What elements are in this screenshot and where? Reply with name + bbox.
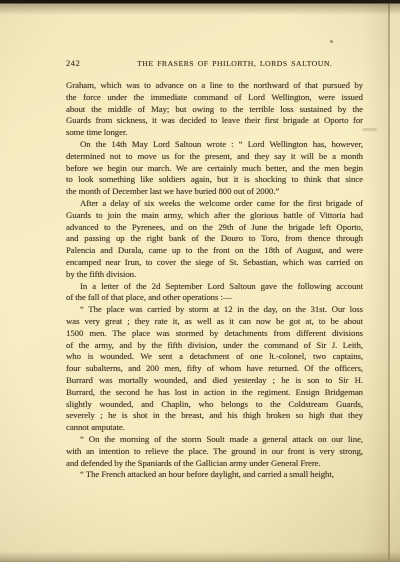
text-line: Guards from sickness, it was decided to … bbox=[66, 115, 363, 127]
paragraph: “ On the morning of the storm Soult made… bbox=[66, 434, 363, 469]
text-line: After a delay of six weeks the welcome o… bbox=[66, 198, 363, 210]
text-line: encamped near Irun, to cover the siege o… bbox=[66, 257, 363, 269]
text-line: On the 14th May Lord Saltoun wrote : “ L… bbox=[66, 139, 363, 151]
page-edge-line bbox=[388, 0, 390, 562]
text-line: before we begin our march. We are certai… bbox=[66, 163, 363, 175]
text-line: some time longer. bbox=[66, 127, 363, 139]
page-body: Graham, which was to advance on a line t… bbox=[66, 80, 363, 481]
scan-top-edge bbox=[0, 0, 400, 15]
page-number: 242 bbox=[66, 59, 80, 68]
paragraph: On the 14th May Lord Saltoun wrote : “ L… bbox=[66, 139, 363, 198]
book-page: 242 THE FRASERS OF PHILORTH, LORDS SALTO… bbox=[0, 0, 400, 562]
text-line: about the middle of May; but owing to th… bbox=[66, 104, 363, 116]
text-line: Burrard, the second he has lost in actio… bbox=[66, 387, 363, 399]
running-title: THE FRASERS OF PHILORTH, LORDS SALTOUN. bbox=[80, 59, 363, 68]
text-line: of the fall of that place, and other ope… bbox=[66, 292, 363, 304]
text-line: determined not to move us for the presen… bbox=[66, 151, 363, 163]
text-line: “ The French attacked an hour before day… bbox=[66, 469, 363, 481]
scan-bottom-edge bbox=[0, 551, 400, 562]
text-line: 1500 men. The place was stormed by detac… bbox=[66, 328, 363, 340]
paragraph: After a delay of six weeks the welcome o… bbox=[66, 198, 363, 281]
scan-speck bbox=[330, 40, 333, 43]
text-line: severely ; he is shot in the breast, and… bbox=[66, 410, 363, 422]
text-line: who is wounded. We sent a detachment of … bbox=[66, 351, 363, 363]
paragraph: “ The French attacked an hour before day… bbox=[66, 469, 363, 481]
text-line: Guards to join the main army, which afte… bbox=[66, 210, 363, 222]
text-line: and defended by the Spaniards of the Gal… bbox=[66, 458, 363, 470]
text-line: four subalterns, and 200 men, fifty of w… bbox=[66, 363, 363, 375]
text-line: to look something like soldiers again, b… bbox=[66, 174, 363, 186]
text-line: cannot amputate. bbox=[66, 422, 363, 434]
text-line: with an intention to relieve the place. … bbox=[66, 446, 363, 458]
text-line: Palencia and Durala, came up to the fron… bbox=[66, 245, 363, 257]
text-line: “ The place was carried by storm at 12 i… bbox=[66, 304, 363, 316]
text-line: Burrard was mortally wounded, and died y… bbox=[66, 375, 363, 387]
paragraph: In a letter of the 2d September Lord Sal… bbox=[66, 281, 363, 305]
paragraph: Graham, which was to advance on a line t… bbox=[66, 80, 363, 139]
running-header: 242 THE FRASERS OF PHILORTH, LORDS SALTO… bbox=[66, 59, 363, 68]
text-line: slightly wounded, and Chaplin, who belon… bbox=[66, 399, 363, 411]
text-line: and passing up the right bank of the Dou… bbox=[66, 233, 363, 245]
text-line: In a letter of the 2d September Lord Sal… bbox=[66, 281, 363, 293]
text-line: by the fifth division. bbox=[66, 269, 363, 281]
text-line: Graham, which was to advance on a line t… bbox=[66, 80, 363, 92]
text-line: advanced to the Pyrenees, and on the 29t… bbox=[66, 222, 363, 234]
text-line: the force under the immediate command of… bbox=[66, 92, 363, 104]
scan-smudge bbox=[362, 128, 377, 131]
page-edge-shadow bbox=[364, 0, 390, 562]
text-line: “ On the morning of the storm Soult made… bbox=[66, 434, 363, 446]
text-line: of the army, and by the fifth division, … bbox=[66, 340, 363, 352]
paragraph: “ The place was carried by storm at 12 i… bbox=[66, 304, 363, 434]
text-line: the month of December last we have burie… bbox=[66, 186, 363, 198]
text-line: was very great ; they rate it, as well a… bbox=[66, 316, 363, 328]
